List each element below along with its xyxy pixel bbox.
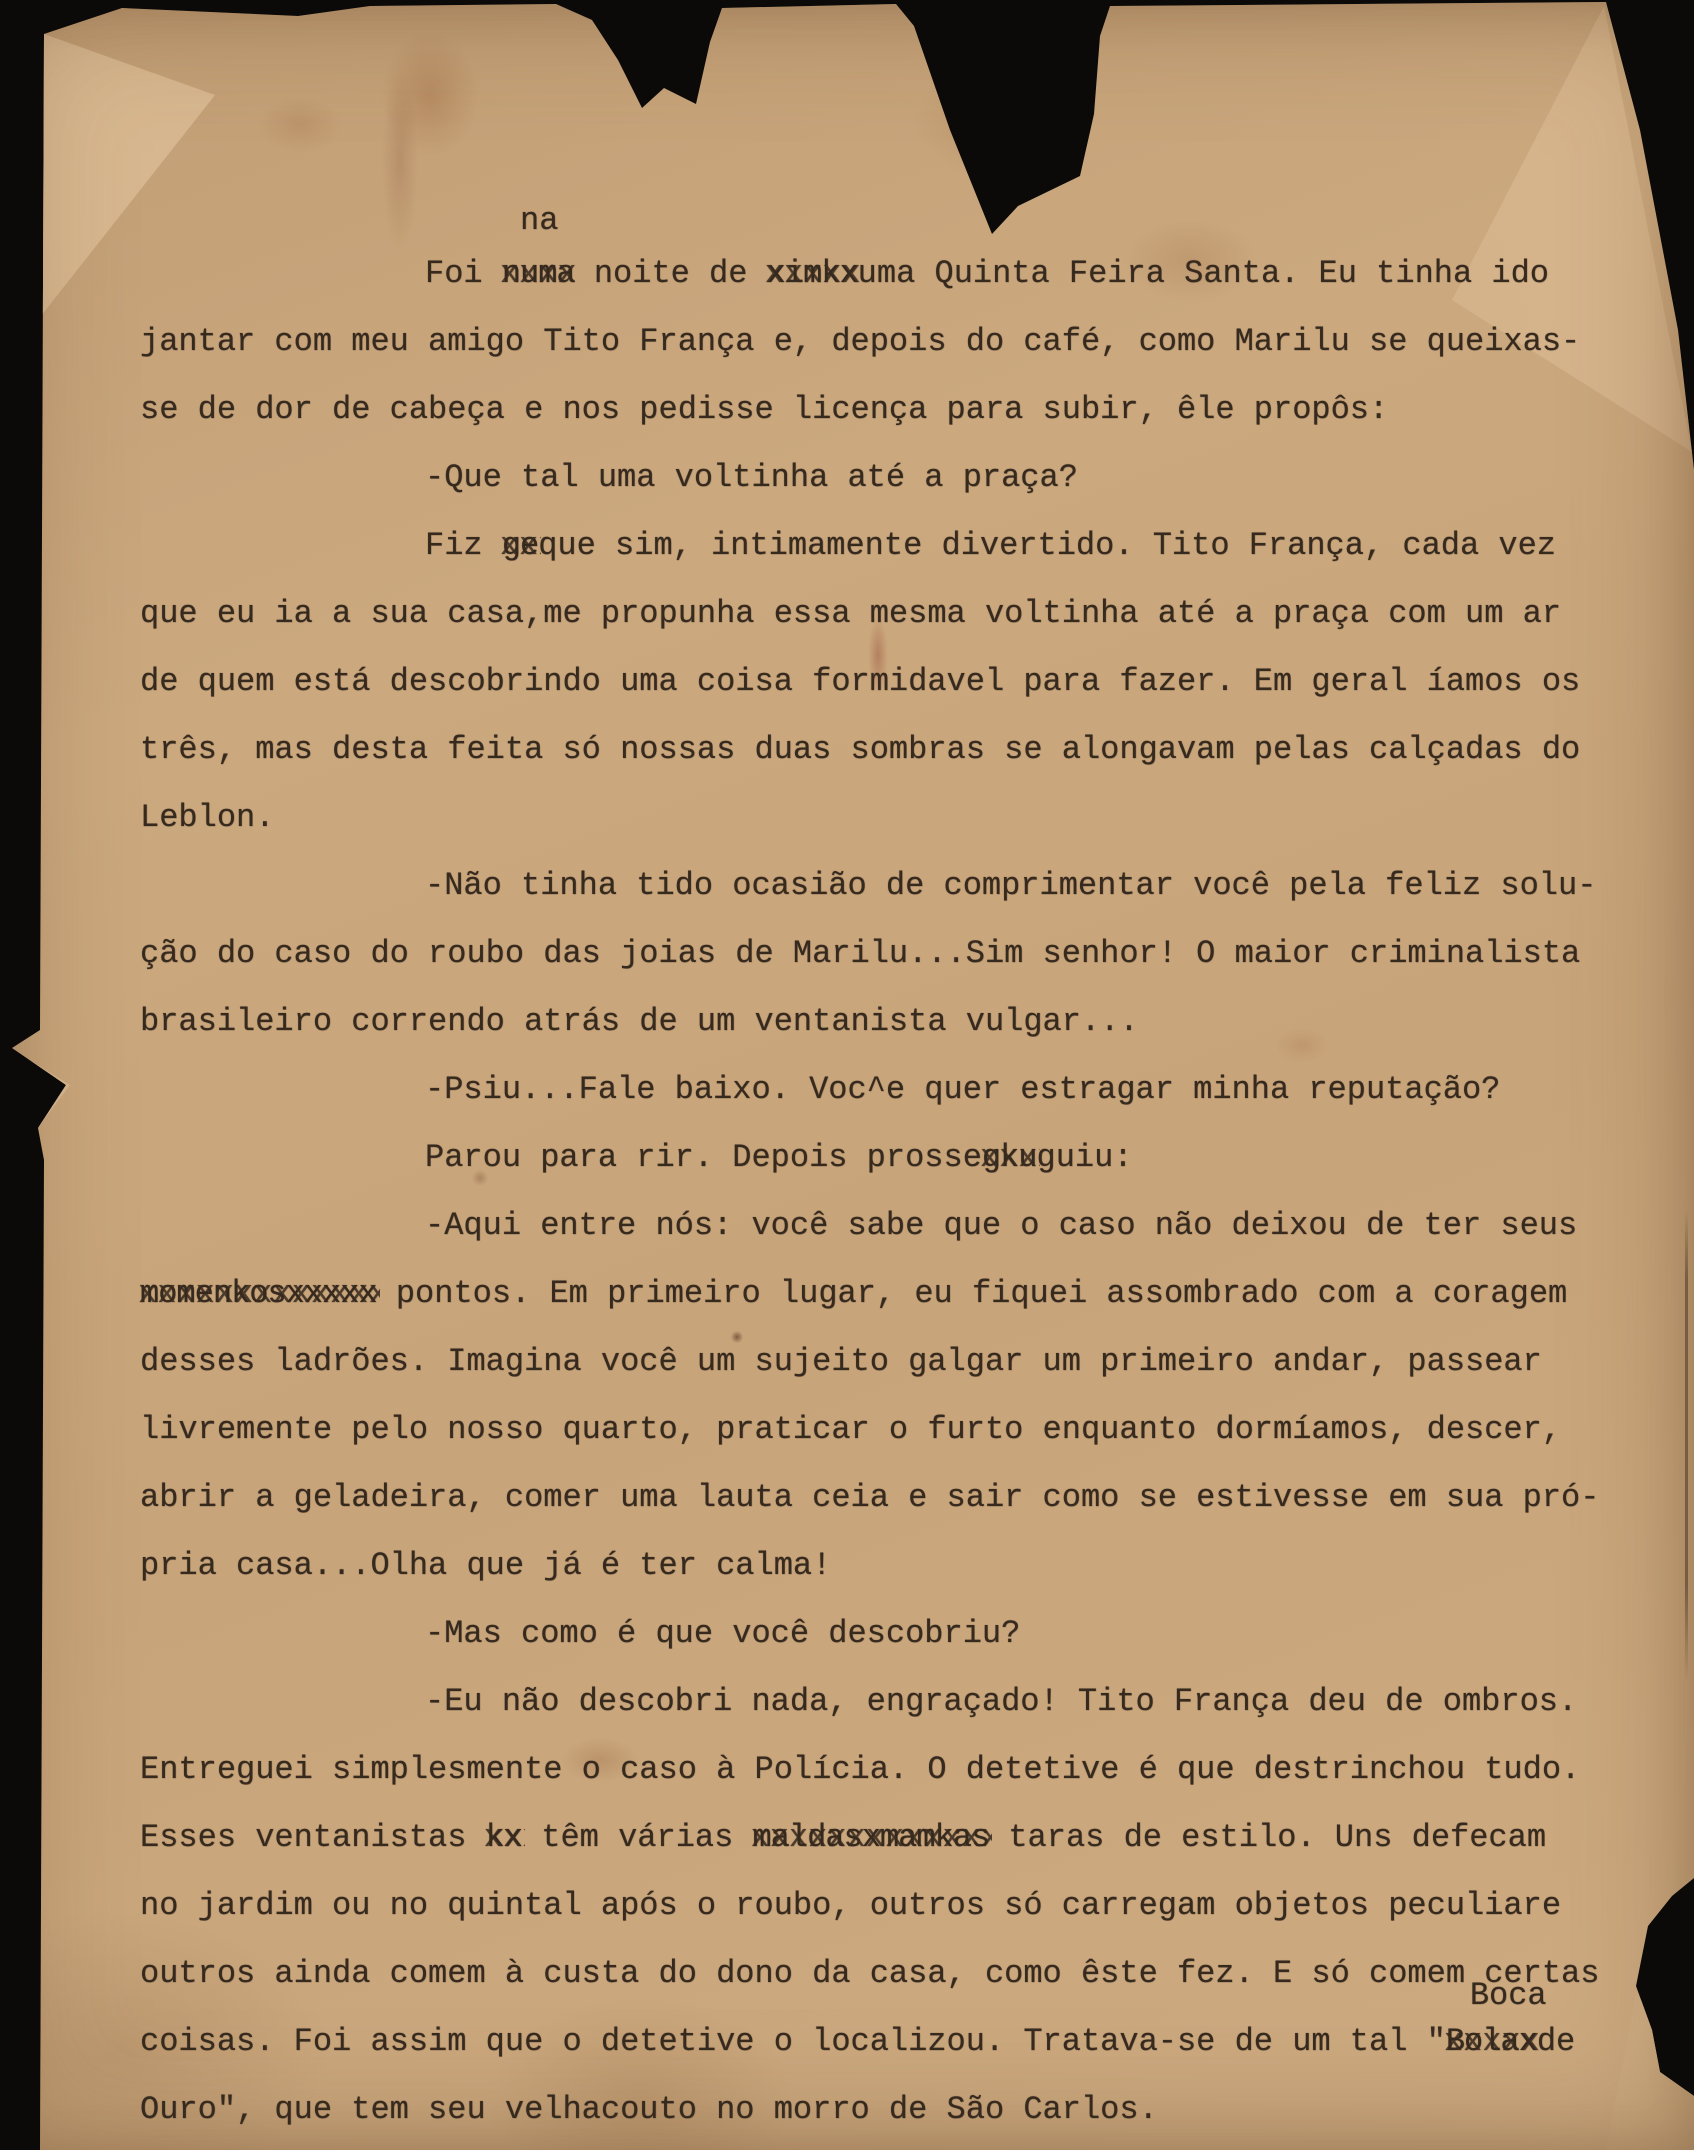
struck-text: numaxxxxx [502, 240, 575, 308]
text-segment: se de dor de cabeça e nos pedisse licenç… [140, 391, 1388, 428]
text-line: -Mas como é que você descobriu? [140, 1600, 1630, 1668]
text-segment: -Aqui entre nós: você sabe que o caso nã… [425, 1207, 1577, 1244]
struck-text: kxxxx [486, 1804, 522, 1872]
text-line: que eu ia a sua casa,me propunha essa me… [140, 580, 1630, 648]
text-segment: Esses ventanistas [140, 1819, 486, 1856]
text-segment: livremente pelo nosso quarto, praticar o… [140, 1411, 1561, 1448]
text-segment: Leblon. [140, 799, 274, 836]
text-segment: coisas. Foi assim que o detetive o local… [140, 2023, 1446, 2060]
text-segment: -Mas como é que você descobriu? [425, 1615, 1020, 1652]
text-segment: -Que tal uma voltinha até a praça? [425, 459, 1078, 496]
interlinear-insert: Boca [1470, 1962, 1547, 2030]
text-line: três, mas desta feita só nossas duas som… [140, 716, 1630, 784]
text-segment: -Não tinha tido ocasião de comprimentar … [425, 867, 1596, 904]
text-line: abrir a geladeira, comer uma lauta ceia … [140, 1464, 1630, 1532]
overstrike-xxx: xxxxxx [765, 240, 861, 308]
text-line: momenkosxxxxxxxxxxxxxxxxxxx pontos. Em p… [140, 1260, 1630, 1328]
text-line: jantar com meu amigo Tito França e, depo… [140, 308, 1630, 376]
struck-text-wrap: BolaxxxxxxxBoca [1446, 2008, 1537, 2076]
text-segment: pontos. Em primeiro lugar, eu fiquei ass… [377, 1275, 1568, 1312]
text-line: Foi numaxxxxx noite de ximkxxxxxxxuma Qu… [140, 240, 1630, 308]
text-line: desses ladrões. Imagina você um sujeito … [140, 1328, 1630, 1396]
text-segment: Foi [425, 255, 502, 292]
text-segment: que sim, intimamente divertido. Tito Fra… [538, 527, 1556, 564]
text-line: coisas. Foi assim que o detetive o local… [140, 2008, 1630, 2076]
text-line: ção do caso do roubo das joias de Marilu… [140, 920, 1630, 988]
text-line: -Psiu...Fale baixo. Voc^e quer estragar … [140, 1056, 1630, 1124]
struck-text-wrap: gexxx [502, 512, 538, 580]
text-segment: -Psiu...Fale baixo. Voc^e quer estragar … [425, 1071, 1500, 1108]
text-line: Entreguei simplesmente o caso à Polícia.… [140, 1736, 1630, 1804]
struck-text-wrap: numaxxxxx [502, 240, 575, 308]
struck-text-wrap: gkuxxxx [982, 1124, 1037, 1192]
text-segment: taras de estilo. Uns defecam [989, 1819, 1546, 1856]
text-segment: ção do caso do roubo das joias de Marilu… [140, 935, 1580, 972]
manuscript-page: naFoi numaxxxxx noite de ximkxxxxxxxuma … [0, 0, 1694, 2150]
struck-text-wrap: maldasxmamkasxxxxxxxxxxxxxx [753, 1804, 990, 1872]
text-line: outros ainda comem à custa do dono da ca… [140, 1940, 1630, 2008]
text-line: -Aqui entre nós: você sabe que o caso nã… [140, 1192, 1630, 1260]
text-segment: pria casa...Olha que já é ter calma! [140, 1547, 831, 1584]
struck-text-wrap: momenkosxxxxxxxxxxxxxxxxxxx [140, 1260, 377, 1328]
text-line: livremente pelo nosso quarto, praticar o… [140, 1396, 1630, 1464]
text-line: -Eu não descobri nada, engraçado! Tito F… [140, 1668, 1630, 1736]
text-line: Ouro", que tem seu velhacouto no morro d… [140, 2076, 1630, 2144]
struck-text: gkuxxxx [982, 1124, 1037, 1192]
overstrike-xxx: xxxx [980, 1124, 1040, 1192]
text-segment: brasileiro correndo atrás de um ventanis… [140, 1003, 1139, 1040]
text-segment: noite de [575, 255, 767, 292]
text-line: -Que tal uma voltinha até a praça? [140, 444, 1630, 512]
text-segment: guiu: [1037, 1139, 1133, 1176]
struck-text-wrap: kxxxx [486, 1804, 522, 1872]
text-segment: Ouro", que tem seu velhacouto no morro d… [140, 2091, 1158, 2128]
struck-text-wrap: ximkxxxxxxx [767, 240, 858, 308]
text-segment: que eu ia a sua casa,me propunha essa me… [140, 595, 1561, 632]
text-segment: jantar com meu amigo Tito França e, depo… [140, 323, 1580, 360]
text-line: Leblon. [140, 784, 1630, 852]
text-line: -Não tinha tido ocasião de comprimentar … [140, 852, 1630, 920]
text-line: pria casa...Olha que já é ter calma! [140, 1532, 1630, 1600]
text-segment: na [520, 202, 558, 239]
text-segment: outros ainda comem à custa do dono da ca… [140, 1955, 1599, 1992]
struck-text: momenkosxxxxxxxxxxxxxxxxxxx [140, 1260, 377, 1328]
text-line: no jardim ou no quintal após o roubo, ou… [140, 1872, 1630, 1940]
typewritten-text: naFoi numaxxxxx noite de ximkxxxxxxxuma … [140, 202, 1630, 2144]
text-segment: desses ladrões. Imagina você um sujeito … [140, 1343, 1542, 1380]
overstrike-xxx: xxx [500, 512, 541, 580]
struck-text: gexxx [502, 512, 538, 580]
text-line: Parou para rir. Depois prossegkuxxxxguiu… [140, 1124, 1630, 1192]
text-line: de quem está descobrindo uma coisa formi… [140, 648, 1630, 716]
overstrike-xxx: xxxxx [500, 240, 578, 308]
overstrike-xxx: xxx [484, 1804, 525, 1872]
text-segment: Entreguei simplesmente o caso à Polícia.… [140, 1751, 1580, 1788]
text-segment: -Eu não descobri nada, engraçado! Tito F… [425, 1683, 1577, 1720]
struck-text: maldasxmamkasxxxxxxxxxxxxxx [753, 1804, 990, 1872]
text-segment: no jardim ou no quintal após o roubo, ou… [140, 1887, 1561, 1924]
text-line: se de dor de cabeça e nos pedisse licenç… [140, 376, 1630, 444]
overstrike-xxx: xxxxxxxxxxxxxx [138, 1260, 380, 1328]
interlinear-insert-line: na [140, 202, 1630, 240]
struck-text: ximkxxxxxxx [767, 240, 858, 308]
text-segment: Parou para rir. Depois prosse [425, 1139, 982, 1176]
right-edge-crease [1685, 1210, 1688, 1680]
text-line: brasileiro correndo atrás de um ventanis… [140, 988, 1630, 1056]
text-segment: de quem está descobrindo uma coisa formi… [140, 663, 1580, 700]
text-line: Fiz gexxxque sim, intimamente divertido.… [140, 512, 1630, 580]
text-segment: Fiz [425, 527, 502, 564]
text-segment: uma Quinta Feira Santa. Eu tinha ido [858, 255, 1549, 292]
text-segment: têm várias [522, 1819, 752, 1856]
text-segment: abrir a geladeira, comer uma lauta ceia … [140, 1479, 1599, 1516]
text-line: Esses ventanistas kxxxx têm várias malda… [140, 1804, 1630, 1872]
text-segment: três, mas desta feita só nossas duas som… [140, 731, 1580, 768]
overstrike-xxx: xxxxxxxxxxxxxx [751, 1804, 993, 1872]
